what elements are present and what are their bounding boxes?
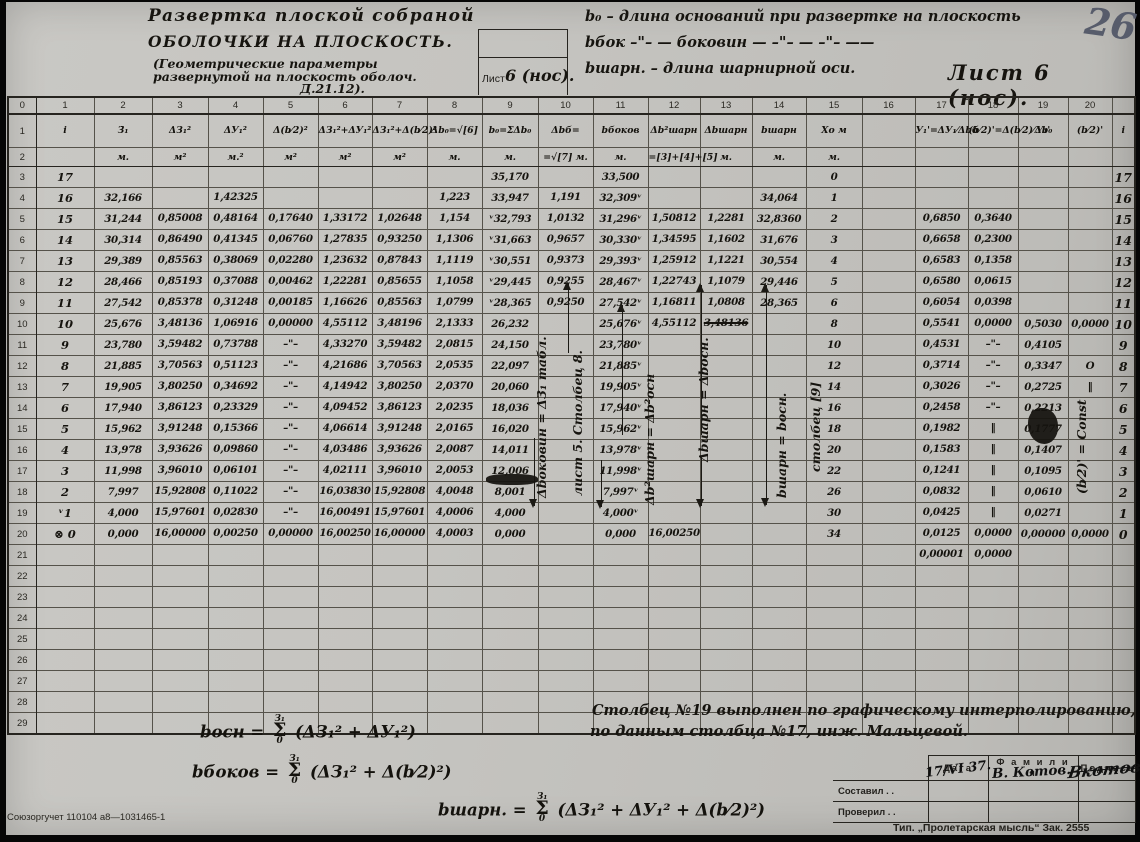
table-row: 2м.м²м.²м²м²м²м.м.=√[7] м.м.=[3]+[4]+[5]…	[8, 148, 1135, 167]
cell-text: 12	[37, 275, 94, 289]
cell: 14	[36, 230, 94, 251]
cell: 6	[1112, 398, 1135, 419]
cell: 6	[36, 398, 94, 419]
cell: 14,011	[482, 440, 538, 461]
cell	[806, 566, 862, 587]
cell	[94, 629, 152, 650]
header-box-line	[478, 29, 479, 95]
cell: 4	[8, 188, 36, 209]
cell: 22,097	[482, 356, 538, 377]
cell: 3,48136	[152, 303, 208, 324]
cell: 31,676	[752, 230, 806, 251]
cell-text: 0,0271	[1019, 507, 1068, 519]
cell-text: 20,060	[483, 381, 538, 393]
cell	[318, 671, 372, 692]
cell-text: 17	[1113, 170, 1135, 185]
cell-text: 0,00000	[264, 527, 318, 539]
cell	[152, 545, 208, 566]
cell-text: 13	[1113, 254, 1135, 269]
formula-b-osn: bосн = З₁Σ0 (ΔЗ₁² + ΔУ₁²)	[200, 716, 416, 746]
ink-blot	[486, 474, 538, 485]
cell-text: 16,020	[483, 423, 538, 435]
cell: ᵛ29,445	[482, 272, 538, 293]
cell	[806, 587, 862, 608]
cell	[94, 650, 152, 671]
cell: –"–	[263, 345, 318, 366]
cell: 0,0000	[968, 513, 1018, 534]
cell: 18,036	[482, 398, 538, 419]
cell: 0,3714	[915, 345, 968, 366]
cell-text: 4,55112	[649, 317, 700, 329]
cell: 1,06916	[208, 303, 263, 324]
cell-text: Δb²шарн	[649, 126, 700, 136]
cell-text: 3	[20, 172, 25, 183]
cell-text: 5	[1113, 422, 1135, 437]
cell-text: 12	[807, 360, 862, 372]
cell-text: м.	[95, 152, 152, 163]
cell	[1068, 608, 1112, 629]
cell: 0,0125	[915, 513, 968, 534]
cell	[263, 587, 318, 608]
cell	[263, 629, 318, 650]
cell: 0,3347	[1018, 356, 1068, 377]
cell	[372, 671, 427, 692]
cell: ᵛ1	[36, 503, 94, 524]
cell	[482, 671, 538, 692]
cell: 0,4531	[915, 324, 968, 345]
cell	[1068, 587, 1112, 608]
table-row: 1iЗ̄₁ΔЗ₁²ΔУ₁²Δ(b⁄2)²ΔЗ₁²+ΔУ₁²ΔЗ₁²+Δ(b⁄2)…	[8, 114, 1135, 148]
cell	[862, 188, 915, 209]
cell: 0,85563	[152, 240, 208, 261]
cell: –"–	[968, 387, 1018, 408]
cell	[862, 293, 915, 314]
cell: 0	[806, 167, 862, 188]
cell	[263, 692, 318, 713]
cell	[968, 587, 1018, 608]
cell: 3,91248	[372, 408, 427, 429]
cell-text: м.	[807, 152, 862, 163]
cell	[700, 629, 752, 650]
hand-drawn-arrow	[766, 285, 767, 505]
cell: 0,85563	[372, 282, 427, 303]
cell: м²	[263, 148, 318, 167]
cell	[1068, 188, 1112, 209]
cell: 10	[806, 335, 862, 356]
cell-text: 28	[17, 697, 28, 708]
cell: 1	[1112, 503, 1135, 524]
cell-text: 0,00000	[1019, 528, 1068, 540]
sheet-box-handwritten: 6 (нос).	[505, 66, 575, 85]
cell-text: 23,780	[95, 339, 152, 351]
cell: 28,467ᵛ	[593, 272, 648, 293]
cell	[1068, 230, 1112, 251]
cell-text: 17,940ᵛ	[594, 402, 648, 414]
table-row: 25	[8, 629, 1135, 650]
hand-drawn-arrow	[701, 285, 702, 435]
cell	[862, 503, 915, 524]
cell-text: 10	[807, 339, 862, 351]
stamp-cell	[1078, 781, 1135, 802]
cell: 0,06101	[208, 450, 263, 471]
cell: 0,9657	[538, 219, 593, 240]
cell: 3,48196	[372, 303, 427, 324]
cell	[36, 587, 94, 608]
cell: 5	[263, 97, 318, 114]
cell: 0,00185	[263, 282, 318, 303]
cell-text: 0	[807, 171, 862, 183]
cell: 3,59482	[152, 324, 208, 345]
cell: 32,166	[94, 188, 152, 209]
cell-text: 33,947	[483, 192, 538, 204]
cell: 29,393ᵛ	[593, 251, 648, 272]
cell: 2,0087	[427, 429, 482, 450]
cell	[208, 692, 263, 713]
cell	[968, 148, 1018, 167]
cell-text: 29,389	[95, 255, 152, 267]
page-title-line1: Развертка плоской собраной	[148, 6, 475, 26]
cell-text: 0,1407	[1019, 444, 1068, 456]
cell: 0,6583	[915, 240, 968, 261]
cell-text: 17	[37, 170, 94, 184]
cell: 7	[8, 251, 36, 272]
cell-text: 0,00250	[209, 527, 263, 539]
cell: 1,1602	[700, 219, 752, 240]
cell-text: 19	[17, 508, 28, 519]
cell	[372, 545, 427, 566]
cell: ‖	[968, 471, 1018, 492]
cell: 2,0235	[427, 387, 482, 408]
ink-blot	[1028, 408, 1058, 444]
cell-text: 29,393ᵛ	[594, 255, 648, 267]
cell	[862, 167, 915, 188]
cell-text: 11	[616, 100, 626, 111]
cell: 12	[1112, 272, 1135, 293]
cell-text: 3,48136	[701, 317, 752, 329]
cell-text: 0,0000	[1069, 318, 1112, 330]
stamp-cell	[928, 802, 988, 823]
cell	[752, 650, 806, 671]
cell: м.	[752, 148, 806, 167]
cell: 0,0398	[968, 282, 1018, 303]
cell-text: 30	[807, 507, 862, 519]
cell	[648, 545, 700, 566]
sum-symbol: З₁Σ0	[288, 756, 301, 786]
formula-rhs: (ΔЗ₁² + ΔУ₁²)	[295, 722, 416, 741]
cell: 18	[968, 97, 1018, 114]
cell-text: 11	[17, 340, 27, 351]
cell: 0,000	[593, 524, 648, 545]
cell	[1018, 587, 1068, 608]
cell-text: 14	[1113, 233, 1135, 248]
cell: 2,0535	[427, 345, 482, 366]
cell: 3,70563	[152, 345, 208, 366]
cell-text: 16,00000	[373, 527, 427, 539]
cell: 6	[8, 230, 36, 251]
cell: 4,0006	[427, 492, 482, 513]
cell	[862, 482, 915, 503]
cell-text: =√[7] м.	[539, 152, 593, 163]
cell	[1068, 650, 1112, 671]
cell-text: 30,554	[753, 255, 806, 267]
cell	[700, 524, 752, 545]
cell	[648, 671, 700, 692]
cell	[752, 545, 806, 566]
cell	[700, 566, 752, 587]
cell-text: 0	[1113, 527, 1135, 542]
cell	[700, 482, 752, 503]
cell: 34	[806, 524, 862, 545]
cell-text: 4	[1113, 443, 1135, 458]
cell-text: ⊗ 0	[37, 527, 94, 541]
cell	[208, 587, 263, 608]
cell: ⊗ 0	[36, 524, 94, 545]
cell	[862, 629, 915, 650]
cell-text: 13,978ᵛ	[594, 444, 648, 456]
cell: 2,0815	[427, 324, 482, 345]
cell-text: Xо м	[807, 126, 862, 136]
cell: 5	[1112, 419, 1135, 440]
cell-text: м²	[153, 152, 208, 163]
cell: 1	[806, 188, 862, 209]
printer-imprint: Тип. „Пролетарская мысль“ Зак. 2555	[893, 822, 1089, 834]
cell: 13	[700, 97, 752, 114]
cell: 19	[1018, 97, 1068, 114]
cell: ‖	[968, 492, 1018, 513]
cell: 5	[806, 272, 862, 293]
cell: 2,0053	[427, 450, 482, 471]
cell	[648, 167, 700, 188]
cell: 0,3640	[968, 198, 1018, 219]
rotated-annotation-col14a: bшарн = bосн.	[774, 393, 789, 498]
cell-text: 1	[62, 100, 67, 111]
cell-text: 4	[37, 443, 94, 457]
cell: 0,2725	[1018, 377, 1068, 398]
cell: 0,9255	[538, 261, 593, 282]
cell-text: 4	[20, 193, 25, 204]
cell	[1112, 650, 1135, 671]
hand-drawn-arrow	[601, 460, 602, 507]
cell	[752, 524, 806, 545]
cell	[862, 251, 915, 272]
cell	[263, 167, 318, 188]
cell	[862, 587, 915, 608]
cell: 15,92808	[372, 471, 427, 492]
cell	[915, 587, 968, 608]
cell: 15,962ᵛ	[593, 419, 648, 440]
cell: 29,389	[94, 251, 152, 272]
cell: 13	[1112, 251, 1135, 272]
cell-text: ᵛ31,663	[483, 234, 538, 246]
cell	[372, 650, 427, 671]
cell-text: 13	[721, 100, 732, 111]
cell	[1112, 671, 1135, 692]
hand-drawn-arrow	[568, 283, 569, 353]
cell: 30,330ᵛ	[593, 230, 648, 251]
cell: 0,3026	[915, 366, 968, 387]
rotated-annotation-col14b: столбец [9]	[808, 382, 823, 472]
cell-text: 0,2725	[1019, 381, 1068, 393]
cell-text: 0	[20, 100, 25, 111]
cell: 1,42325	[208, 177, 263, 198]
scanned-sheet: Развертка плоской собраной ОБОЛОЧКИ НА П…	[0, 0, 1140, 842]
cell	[862, 650, 915, 671]
cell: 19,905	[94, 377, 152, 398]
cell	[593, 650, 648, 671]
cell: м²	[152, 148, 208, 167]
cell	[482, 608, 538, 629]
cell: 32,8360	[752, 209, 806, 230]
cell: 16,00000	[372, 513, 427, 534]
cell: 0,00462	[263, 261, 318, 282]
cell	[538, 503, 593, 524]
cell: 4,000	[94, 503, 152, 524]
cell	[94, 692, 152, 713]
cell-text: 21,885	[95, 360, 152, 372]
cell: 9	[36, 335, 94, 356]
cell: ‖	[1068, 377, 1112, 398]
formula-b-sharn: bшарн. = З₁Σ0 (ΔЗ₁² + ΔУ₁² + Δ(b⁄2)²)	[438, 794, 765, 824]
cell: 0	[1112, 524, 1135, 545]
cell	[318, 167, 372, 188]
page-subtitle-line2: развернутой на плоскость оболоч.	[153, 69, 417, 84]
cell: 9	[482, 97, 538, 114]
cell-text: 4,000	[483, 507, 538, 519]
cell-text: 0,000	[594, 528, 648, 540]
cell-text: 7	[1113, 380, 1135, 395]
cell	[1068, 503, 1112, 524]
cell-text: 7	[397, 100, 402, 111]
cell-text: 25	[17, 634, 28, 645]
cell: 0,02280	[263, 240, 318, 261]
formula-rhs: (ΔЗ₁² + ΔУ₁² + Δ(b⁄2)²)	[558, 800, 765, 819]
cell: 16,00000	[152, 513, 208, 534]
cell: 25,676	[94, 314, 152, 335]
scan-edge-bottom	[0, 835, 1140, 842]
cell: 13	[8, 377, 36, 398]
cell	[806, 629, 862, 650]
cell: 4,06614	[318, 408, 372, 429]
cell-text: 1	[807, 192, 862, 204]
cell-text: 24	[17, 613, 28, 624]
cell: 17	[8, 461, 36, 482]
cell-text: 32,166	[95, 192, 152, 204]
cell: 0,86490	[152, 219, 208, 240]
cell: 24	[8, 608, 36, 629]
cell	[1112, 148, 1135, 167]
cell	[538, 524, 593, 545]
cell	[36, 692, 94, 713]
cell	[752, 335, 806, 356]
cell	[152, 671, 208, 692]
cell	[152, 167, 208, 188]
cell: 8	[427, 97, 482, 114]
cell	[862, 671, 915, 692]
cell	[318, 629, 372, 650]
cell	[1112, 566, 1135, 587]
cell	[372, 566, 427, 587]
cell: 0,11022	[208, 471, 263, 492]
cell-text: ᵛ30,551	[483, 255, 538, 267]
cell	[94, 167, 152, 188]
cell-text: 12	[17, 361, 28, 372]
cell-text: 19	[1038, 100, 1049, 111]
cell: 1,0132	[538, 198, 593, 219]
table-row: 27	[8, 671, 1135, 692]
cell-text: 7	[20, 256, 25, 267]
cell: 0,5541	[915, 303, 968, 324]
cell	[427, 545, 482, 566]
cell: 0,00250	[208, 513, 263, 534]
cell	[482, 587, 538, 608]
cell	[700, 167, 752, 188]
stamp-label-checked: Проверил . .	[833, 802, 928, 823]
cell: –"–	[263, 387, 318, 408]
cell: 1,22281	[318, 261, 372, 282]
cell-text: 15	[829, 100, 840, 111]
cell	[208, 650, 263, 671]
cell	[538, 566, 593, 587]
cell	[152, 608, 208, 629]
cell: 4,55112	[318, 303, 372, 324]
cell-text: 15,962ᵛ	[594, 423, 648, 435]
cell	[862, 272, 915, 293]
cell-text: 33,500	[594, 171, 648, 183]
cell: 15,92808	[152, 471, 208, 492]
cell	[862, 440, 915, 461]
cell: 11	[8, 335, 36, 356]
cell: 0,85008	[152, 198, 208, 219]
cell-text: 3	[37, 464, 94, 478]
cell: 0,0271	[1018, 503, 1068, 524]
cell	[152, 629, 208, 650]
cell: 1,191	[538, 177, 593, 198]
cell: 17	[36, 167, 94, 188]
cell-text: =[3]+[4]+[5]	[649, 152, 700, 163]
cell-text: 30,330ᵛ	[594, 234, 648, 246]
cell: i	[1112, 114, 1135, 148]
cell: 0,09860	[208, 429, 263, 450]
stamp-cell	[988, 802, 1078, 823]
cell	[752, 503, 806, 524]
cell: 4,33270	[318, 324, 372, 345]
cell: 20	[1068, 97, 1112, 114]
cell: 16,00250	[318, 513, 372, 534]
cell: Δb²шарн	[648, 114, 700, 148]
cell-text: 0,9250	[539, 296, 593, 308]
stamp-cell	[988, 781, 1078, 802]
cell: У₁'=ΔУ₁⁄Δbб	[915, 114, 968, 148]
cell: 1,25912	[648, 240, 700, 261]
cell: 16,020	[482, 419, 538, 440]
cell	[427, 566, 482, 587]
cell: 13,978ᵛ	[593, 440, 648, 461]
cell	[538, 587, 593, 608]
cell	[700, 671, 752, 692]
cell-text: 6	[342, 100, 347, 111]
cell-text: b₀=ΣΔb₀	[483, 126, 538, 136]
cell	[1068, 148, 1112, 167]
cell	[968, 629, 1018, 650]
cell	[208, 545, 263, 566]
cell: 6	[318, 97, 372, 114]
cell: 0,48164	[208, 198, 263, 219]
cell: 0,2458	[915, 387, 968, 408]
cell-text: 16,00000	[153, 527, 208, 539]
cell	[862, 314, 915, 335]
cell: 11	[593, 97, 648, 114]
cell	[593, 608, 648, 629]
